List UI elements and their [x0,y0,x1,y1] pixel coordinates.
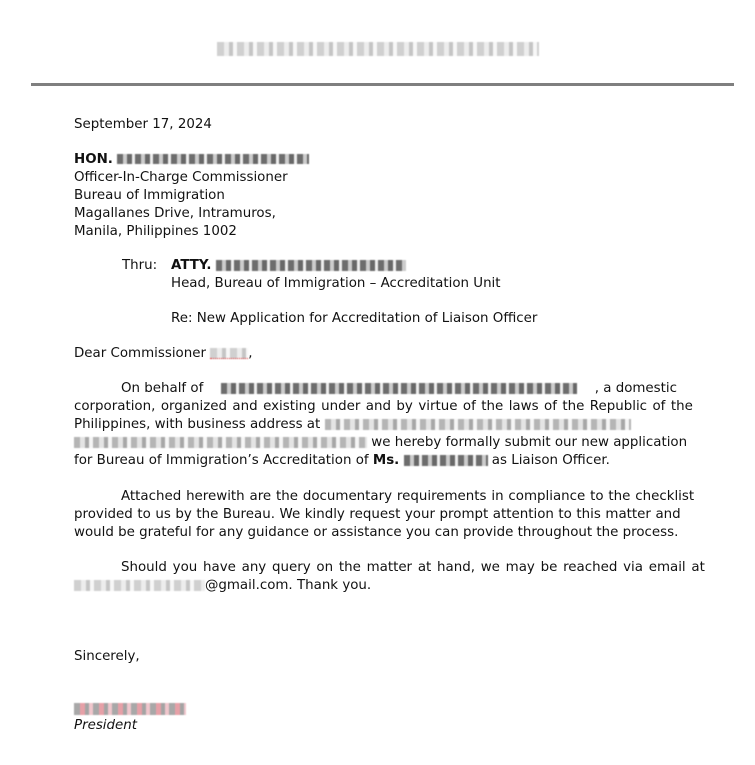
thru-honorific: ATTY. [171,258,211,273]
letter-date: September 17, 2024 [74,116,677,134]
thru-block: ATTY. Head, Bureau of Immigration – Accr… [171,257,501,293]
signatory-block: President [74,701,677,735]
salutation: Dear Commissioner , [74,345,677,363]
email-user-redacted [74,580,205,591]
addressee-name-redacted [117,154,309,164]
signatory-title: President [74,717,677,735]
thru-name-redacted [216,260,406,271]
business-address-redacted-cont [74,437,367,448]
business-address-redacted [325,419,631,430]
letterhead-title-redacted [217,42,539,56]
company-name-redacted [221,383,577,394]
closing: Sincerely, [74,648,677,666]
paragraph-intro: On behalf of , a domestic corporation, o… [74,380,677,470]
email-domain: @gmail.com. Thank you. [205,578,371,593]
thru-position: Head, Bureau of Immigration – Accreditat… [171,275,501,293]
signatory-name-redacted [74,703,186,715]
subject-line: Re: New Application for Accreditation of… [171,310,537,328]
paragraph-line: corporation, organized and existing unde… [74,398,677,416]
paragraph-attachments: Attached herewith are the documentary re… [74,488,677,542]
addressee-line: Officer-In-Charge Commissioner [74,169,677,187]
letterhead [0,38,755,57]
addressee-block: HON. Officer-In-Charge Commissioner Bure… [74,151,677,241]
header-divider [31,83,734,86]
addressee-line: Bureau of Immigration [74,187,677,205]
addressee-line: Manila, Philippines 1002 [74,223,677,241]
thru-label: Thru: [122,257,157,275]
letter-page: September 17, 2024 HON. Officer-In-Charg… [0,0,755,765]
addressee-honorific: HON. [74,152,113,167]
liaison-officer-name-redacted [404,455,488,466]
addressee-line: Magallanes Drive, Intramuros, [74,205,677,223]
paragraph-contact: Should you have any query on the matter … [74,559,677,595]
salutation-name-redacted [210,348,248,359]
